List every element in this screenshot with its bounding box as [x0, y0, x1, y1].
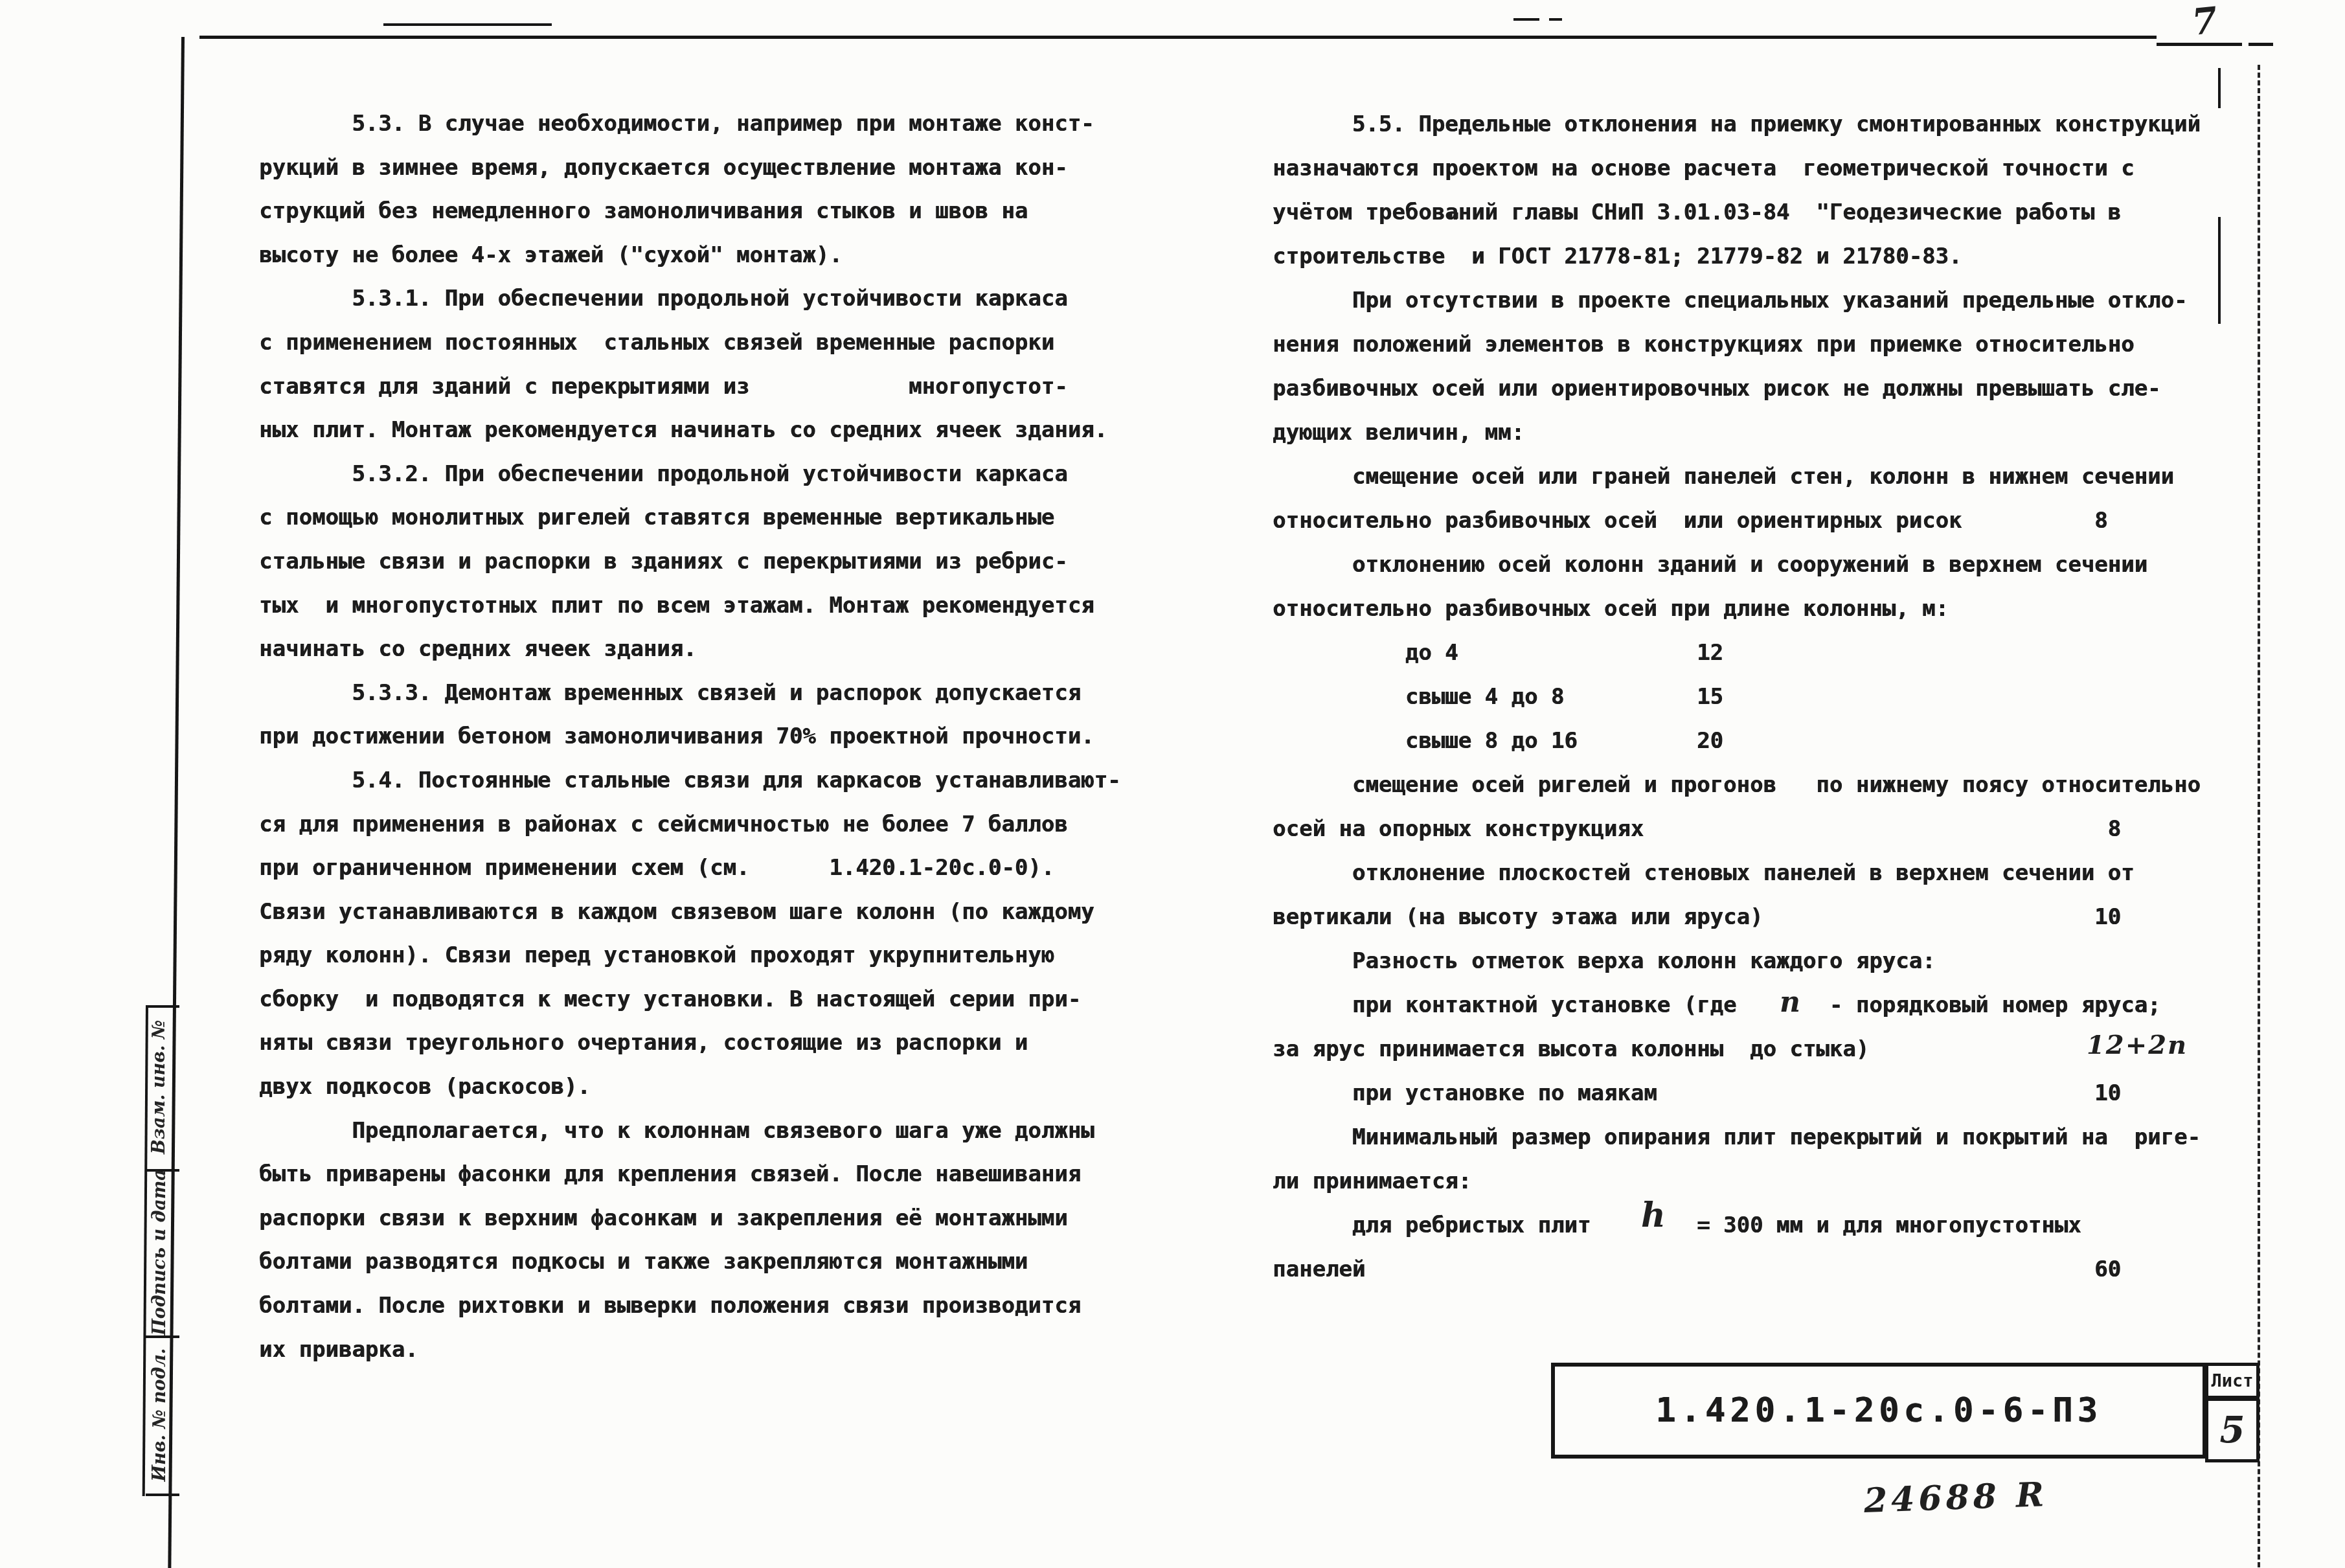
text-line: относительно разбивочных осей при длине … — [1273, 587, 2201, 631]
sheet-number-cell: 5 — [2205, 1398, 2260, 1462]
text-line: стальные связи и распорки в зданиях с пе… — [259, 540, 1121, 584]
text-line: ных плит. Монтаж рекомендуется начинать … — [259, 409, 1121, 453]
text-line: вертикали (на высоту этажа или яруса) 10 — [1273, 895, 2201, 939]
top-border-line — [199, 36, 2157, 39]
text-line: сборку и подводятся к месту установки. В… — [259, 978, 1121, 1022]
text-line: начинать со средних ячеек здания. — [259, 628, 1121, 672]
text-line: Минимальный размер опирания плит перекры… — [1273, 1115, 2201, 1159]
text-line: Предполагается, что к колоннам связевого… — [259, 1109, 1121, 1153]
text-line: быть приварены фасонки для крепления свя… — [259, 1153, 1121, 1197]
document-number: 1.420.1-20с.0-6-ПЗ — [1655, 1391, 2102, 1430]
text-line: болтами. После рихтовки и выверки положе… — [259, 1284, 1121, 1328]
text-line: при достижении бетоном замоноличивания 7… — [259, 715, 1121, 759]
text-line: разбивочных осей или ориентировочных рис… — [1273, 367, 2201, 411]
text-line: отклонению осей колонн зданий и сооружен… — [1273, 543, 2201, 587]
title-block: 1.420.1-20с.0-6-ПЗ — [1551, 1363, 2206, 1459]
top-border-dash — [2249, 43, 2273, 46]
text-line: ряду колонн). Связи перед установкой про… — [259, 934, 1121, 978]
page-number: 7 — [2190, 0, 2220, 44]
text-line: с помощью монолитных ригелей ставятся вр… — [259, 496, 1121, 540]
text-line: при контактной установке (где - порядков… — [1273, 983, 2201, 1027]
text-line: струкций без немедленного замоноличивани… — [259, 190, 1121, 234]
text-line: 5.4. Постоянные стальные связи для карка… — [259, 759, 1121, 803]
raised-quote-mark: " — [1447, 209, 1461, 235]
stamp-cell-label: Взам. инв. № — [150, 1020, 170, 1154]
text-line: распорки связи к верхним фасонкам и закр… — [259, 1197, 1121, 1241]
text-line: При отсутствии в проекте специальных ука… — [1273, 278, 2201, 323]
text-line: осей на опорных конструкциях 8 — [1273, 807, 2201, 851]
text-line: 5.3.3. Демонтаж временных связей и распо… — [259, 672, 1121, 716]
text-line: Разность отметок верха колонн каждого яр… — [1273, 939, 2201, 983]
top-artifact-dash-2 — [1549, 18, 1562, 21]
text-line: ли принимается: — [1273, 1159, 2201, 1203]
text-line: свыше 8 до 16 20 — [1273, 719, 2201, 763]
right-text-column: 5.5. Предельные отклонения на приемку см… — [1273, 102, 2201, 1291]
top-artifact-dash-1 — [1513, 18, 1539, 21]
page-number-divider-dash-1 — [2218, 68, 2221, 108]
text-line: учётом требований главы СНиП 3.01.03-84 … — [1273, 190, 2201, 234]
text-line: панелей 60 — [1273, 1247, 2201, 1291]
text-line: двух подкосов (раскосов). — [259, 1065, 1121, 1109]
archive-number: 24688 R — [1863, 1475, 2048, 1521]
document-sheet: 7 5.3. В случае необходимости, например … — [0, 0, 2345, 1568]
text-line: 5.3.1. При обеспечении продольной устойч… — [259, 277, 1121, 321]
sheet-label-cell: Лист — [2205, 1363, 2260, 1399]
text-line: ся для применения в районах с сейсмичнос… — [259, 803, 1121, 847]
page-number-divider-dash-2 — [2218, 217, 2221, 324]
text-line: при ограниченном применении схем (см. 1.… — [259, 846, 1121, 891]
left-text-column: 5.3. В случае необходимости, например пр… — [259, 102, 1121, 1372]
text-line: 5.5. Предельные отклонения на приемку см… — [1273, 102, 2201, 146]
text-line: до 4 12 — [1273, 631, 2201, 675]
text-line: Связи устанавливаются в каждом связевом … — [259, 891, 1121, 935]
tier-formula: 12+2n — [2087, 1030, 2188, 1060]
text-line: рукций в зимнее время, допускается осуще… — [259, 146, 1121, 190]
plate-height-symbol: h — [1641, 1196, 1666, 1235]
text-line: за ярус принимается высота колонны до ст… — [1273, 1027, 2201, 1071]
stamp-cell-vzam: Взам. инв. № — [144, 1005, 175, 1169]
tier-number-symbol: n — [1780, 986, 1800, 1019]
sheet-label: Лист — [2211, 1371, 2253, 1391]
stamp-cell-inv: Инв. № подл. — [144, 1335, 175, 1494]
text-line: болтами разводятся подкосы и также закре… — [259, 1240, 1121, 1284]
text-line: тых и многопустотных плит по всем этажам… — [259, 584, 1121, 628]
text-line: отклонение плоскостей стеновых панелей в… — [1273, 851, 2201, 895]
text-line: назначаются проектом на основе расчета г… — [1273, 146, 2201, 190]
text-line: с применением постоянных стальных связей… — [259, 321, 1121, 365]
sheet-number: 5 — [2220, 1409, 2245, 1451]
text-line: свыше 4 до 8 15 — [1273, 675, 2201, 719]
text-line: нения положений элементов в конструкциях… — [1273, 323, 2201, 367]
text-line: высоту не более 4-х этажей ("сухой" монт… — [259, 234, 1121, 278]
text-line: относительно разбивочных осей или ориент… — [1273, 499, 2201, 543]
right-border-dashed-line — [2258, 65, 2260, 1567]
stamp-strip-tick-4 — [146, 1494, 179, 1496]
text-line: смещение осей ригелей и прогонов по нижн… — [1273, 763, 2201, 807]
text-line: строительстве и ГОСТ 21778-81; 21779-82 … — [1273, 234, 2201, 278]
text-line: для ребристых плит = 300 мм и для многоп… — [1273, 1203, 2201, 1247]
stamp-cell-label: Инв. № подл. — [150, 1348, 170, 1481]
top-border-fragment — [383, 23, 552, 26]
text-line: их приварка. — [259, 1328, 1121, 1372]
text-line: 5.3. В случае необходимости, например пр… — [259, 102, 1121, 146]
stamp-cell-podpis: Подпись и дата — [144, 1169, 175, 1335]
text-line: ставятся для зданий с перекрытиями из мн… — [259, 365, 1121, 409]
text-line: дующих величин, мм: — [1273, 411, 2201, 455]
text-line: при установке по маякам 10 — [1273, 1071, 2201, 1115]
stamp-cell-label: Подпись и дата — [150, 1169, 170, 1335]
text-line: 5.3.2. При обеспечении продольной устойч… — [259, 453, 1121, 497]
text-line: няты связи треугольного очертания, состо… — [259, 1021, 1121, 1065]
text-line: смещение осей или граней панелей стен, к… — [1273, 455, 2201, 499]
